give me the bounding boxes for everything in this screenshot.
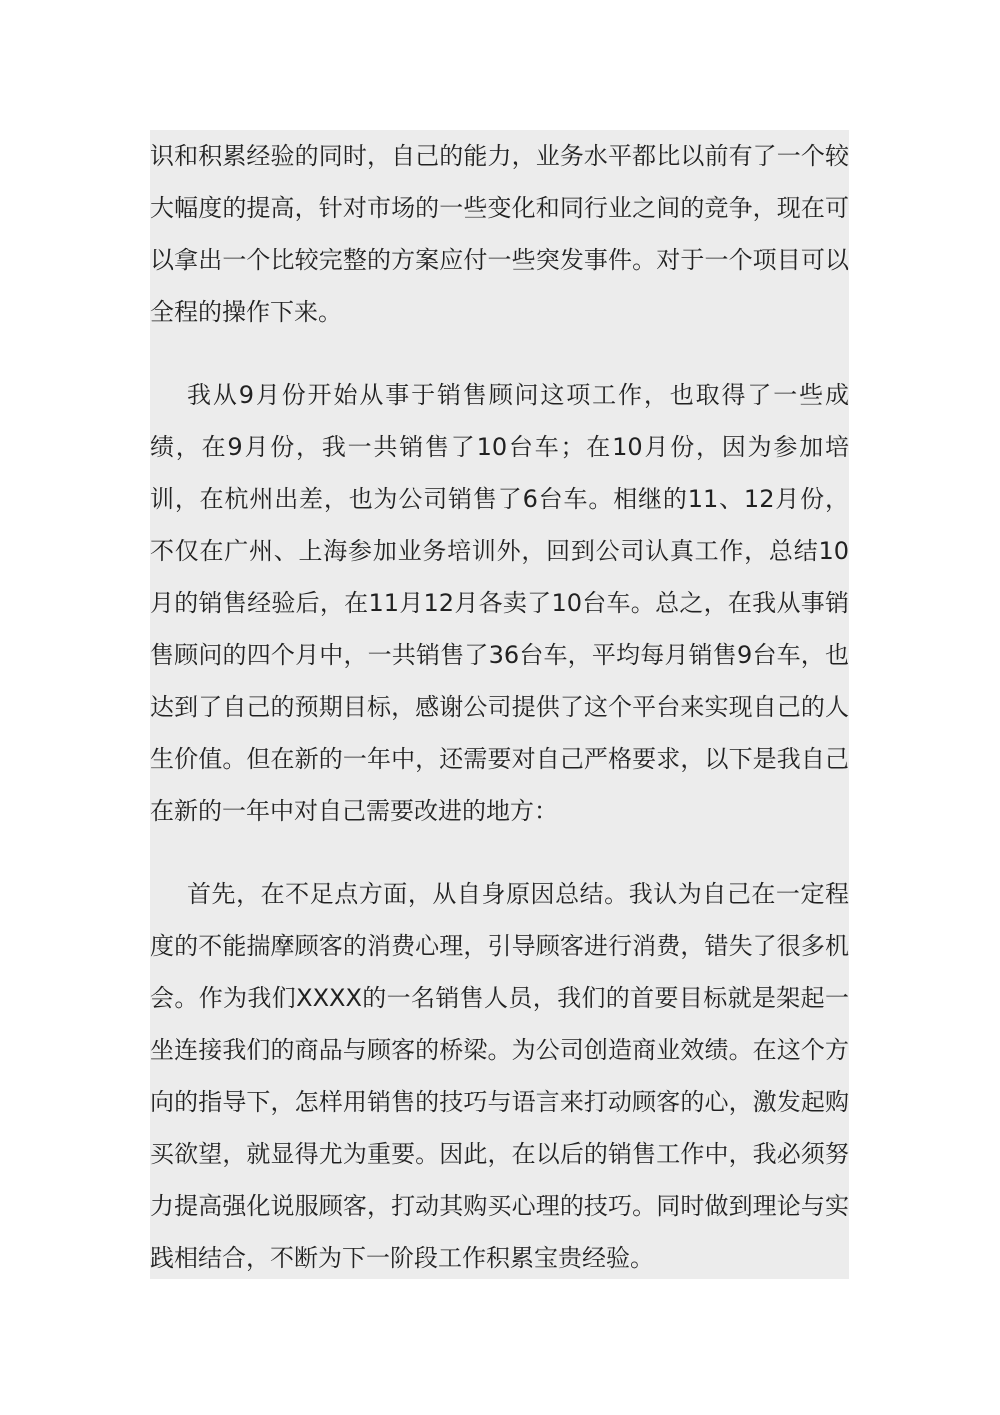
paragraph: 我从9月份开始从事于销售顾问这项工作，也取得了一些成绩，在9月份，我一共销售了1…: [150, 369, 849, 837]
paragraph: 首先，在不足点方面，从自身原因总结。我认为自己在一定程度的不能揣摩顾客的消费心理…: [150, 868, 849, 1279]
paragraph: 识和积累经验的同时，自己的能力，业务水平都比以前有了一个较大幅度的提高，针对市场…: [150, 130, 849, 338]
document-page: 识和积累经验的同时，自己的能力，业务水平都比以前有了一个较大幅度的提高，针对市场…: [0, 0, 1000, 1415]
highlighted-text-block: 识和积累经验的同时，自己的能力，业务水平都比以前有了一个较大幅度的提高，针对市场…: [150, 130, 849, 1279]
